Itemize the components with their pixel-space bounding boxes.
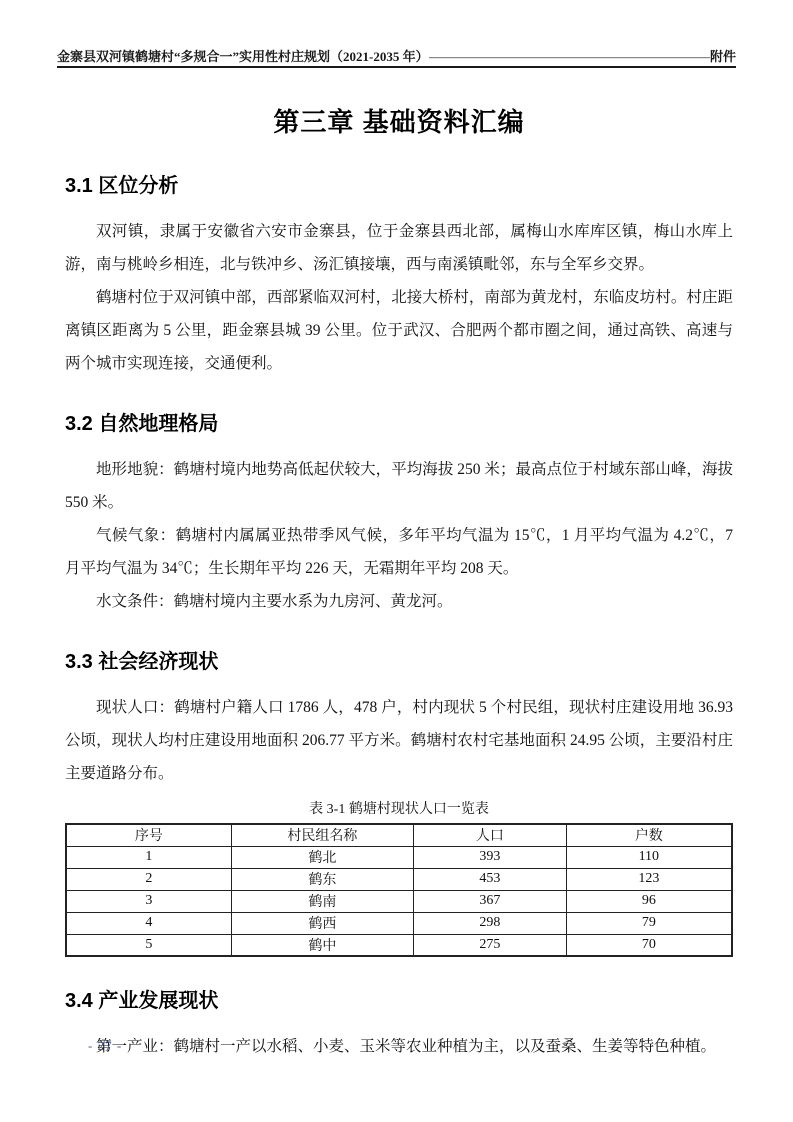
section-heading-3-1: 3.1 区位分析: [65, 169, 733, 198]
table-header-cell: 序号: [66, 824, 231, 846]
table-cell: 鹤北: [231, 846, 413, 868]
table-cell: 4: [66, 912, 231, 934]
table-header-cell: 村民组名称: [231, 824, 413, 846]
document-page: 金寨县双河镇鹤塘村“多规合一”实用性村庄规划（2021-2035 年） ————…: [0, 0, 793, 1122]
header-dash-fill: ————————————————————————————————————————: [429, 49, 710, 65]
table-cell: 79: [566, 912, 732, 934]
section-heading-3-3: 3.3 社会经济现状: [65, 645, 733, 674]
paragraph: 水文条件：鹤塘村境内主要水系为九房河、黄龙河。: [65, 585, 733, 618]
table-caption: 表 3-1 鹤塘村现状人口一览表: [65, 798, 733, 818]
paragraph: 地形地貌：鹤塘村境内地势高低起伏较大，平均海拔 250 米；最高点位于村域东部山…: [65, 453, 733, 519]
table-cell: 鹤东: [231, 868, 413, 890]
population-table: 序号 村民组名称 人口 户数 1 鹤北 393 110 2 鹤东 453 123: [65, 823, 733, 957]
paragraph: 气候气象：鹤塘村内属属亚热带季风气候，多年平均气温为 15℃，1 月平均气温为 …: [65, 519, 733, 585]
table-row: 5 鹤中 275 70: [66, 934, 732, 956]
page-header: 金寨县双河镇鹤塘村“多规合一”实用性村庄规划（2021-2035 年） ————…: [57, 0, 736, 68]
table-cell: 鹤中: [231, 934, 413, 956]
table-header-cell: 户数: [566, 824, 732, 846]
paragraph: 现状人口：鹤塘村户籍人口 1786 人，478 户，村内现状 5 个村民组，现状…: [65, 691, 733, 790]
table-row: 4 鹤西 298 79: [66, 912, 732, 934]
table-cell: 453: [414, 868, 567, 890]
paragraph: 鹤塘村位于双河镇中部，西部紧临双河村，北接大桥村，南部为黄龙村，东临皮坊村。村庄…: [65, 281, 733, 380]
table-cell: 2: [66, 868, 231, 890]
header-title-text: 金寨县双河镇鹤塘村“多规合一”实用性村庄规划（2021-2035 年）: [57, 46, 429, 65]
table-cell: 123: [566, 868, 732, 890]
table-cell: 3: [66, 890, 231, 912]
table-cell: 393: [414, 846, 567, 868]
table-cell: 鹤南: [231, 890, 413, 912]
table-row: 1 鹤北 393 110: [66, 846, 732, 868]
table-cell: 1: [66, 846, 231, 868]
table-cell: 275: [414, 934, 567, 956]
chapter-title: 第三章 基础资料汇编: [65, 102, 733, 139]
paragraph: 双河镇，隶属于安徽省六安市金寨县，位于金寨县西北部，属梅山水库库区镇，梅山水库上…: [65, 215, 733, 281]
paragraph: 第一产业：鹤塘村一产以水稻、小麦、玉米等农业种植为主，以及蚕桑、生姜等特色种植。: [65, 1030, 733, 1063]
section-heading-3-2: 3.2 自然地理格局: [65, 407, 733, 436]
table-header-cell: 人口: [414, 824, 567, 846]
document-body: 第三章 基础资料汇编 3.1 区位分析 双河镇，隶属于安徽省六安市金寨县，位于金…: [65, 102, 733, 1063]
table-cell: 70: [566, 934, 732, 956]
page-number: - 27 -: [88, 1038, 122, 1054]
table-cell: 96: [566, 890, 732, 912]
table-cell: 110: [566, 846, 732, 868]
table-header-row: 序号 村民组名称 人口 户数: [66, 824, 732, 846]
header-attachment-label: 附件: [710, 46, 736, 65]
section-heading-3-4: 3.4 产业发展现状: [65, 984, 733, 1013]
table-cell: 367: [414, 890, 567, 912]
table-row: 3 鹤南 367 96: [66, 890, 732, 912]
table-cell: 鹤西: [231, 912, 413, 934]
table-cell: 5: [66, 934, 231, 956]
table-cell: 298: [414, 912, 567, 934]
table-row: 2 鹤东 453 123: [66, 868, 732, 890]
